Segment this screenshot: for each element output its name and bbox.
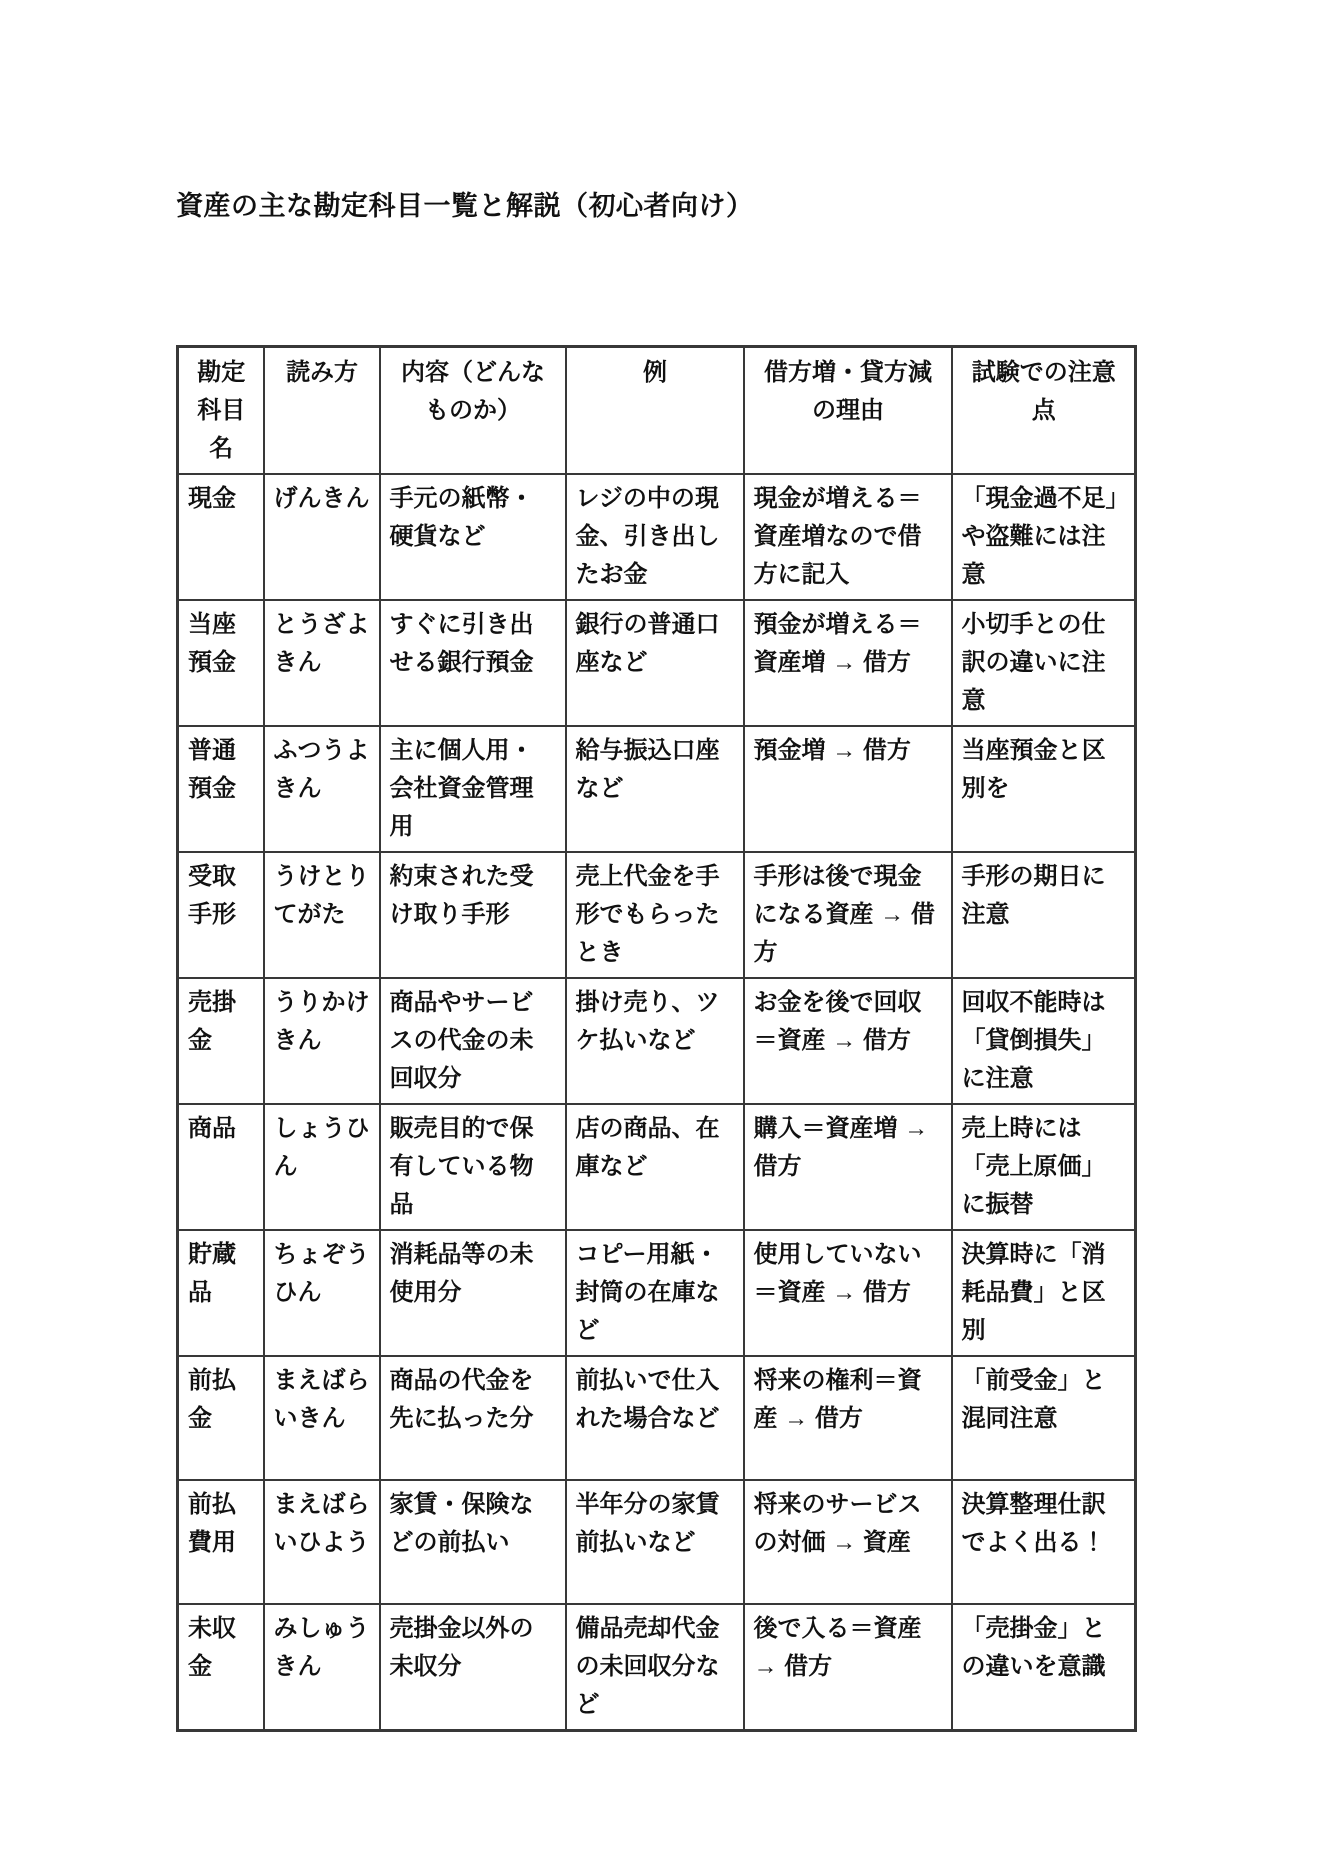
cell-example: 売上代金を手形でもらったとき	[566, 852, 744, 978]
cell-reason: 使用していない＝資産 → 借方	[744, 1230, 952, 1356]
header-exam-note: 試験での注意点	[952, 347, 1136, 475]
cell-reading: みしゅうきん	[264, 1604, 380, 1731]
table-row: 前払費用 まえばらいひよう 家賃・保険などの前払い 半年分の家賃前払いなど 将来…	[178, 1480, 1136, 1604]
cell-exam-note: 決算時に「消耗品費」と区別	[952, 1230, 1136, 1356]
cell-content: 約束された受け取り手形	[380, 852, 566, 978]
cell-account-name: 貯蔵品	[178, 1230, 264, 1356]
cell-reading: まえばらいきん	[264, 1356, 380, 1480]
cell-reason: 手形は後で現金になる資産 → 借方	[744, 852, 952, 978]
table-row: 貯蔵品 ちょぞうひん 消耗品等の未使用分 コピー用紙・封筒の在庫など 使用してい…	[178, 1230, 1136, 1356]
account-table: 勘定科目名 読み方 内容（どんなものか） 例 借方増・貸方減の理由 試験での注意…	[176, 345, 1137, 1732]
cell-account-name: 商品	[178, 1104, 264, 1230]
cell-exam-note: 決算整理仕訳でよく出る！	[952, 1480, 1136, 1604]
cell-example: レジの中の現金、引き出したお金	[566, 474, 744, 600]
cell-reason: 現金が増える＝資産増なので借方に記入	[744, 474, 952, 600]
table-row: 売掛金 うりかけきん 商品やサービスの代金の未回収分 掛け売り、ツケ払いなど お…	[178, 978, 1136, 1104]
cell-content: 家賃・保険などの前払い	[380, 1480, 566, 1604]
table-row: 商品 しょうひん 販売目的で保有している物品 店の商品、在庫など 購入＝資産増 …	[178, 1104, 1136, 1230]
page-title: 資産の主な勘定科目一覧と解説（初心者向け）	[176, 184, 754, 223]
cell-exam-note: 回収不能時は「貸倒損失」に注意	[952, 978, 1136, 1104]
cell-content: 商品の代金を先に払った分	[380, 1356, 566, 1480]
cell-reading: ちょぞうひん	[264, 1230, 380, 1356]
cell-exam-note: 「現金過不足」や盗難には注意	[952, 474, 1136, 600]
cell-reading: とうざよきん	[264, 600, 380, 726]
cell-example: 給与振込口座など	[566, 726, 744, 852]
cell-content: 主に個人用・会社資金管理用	[380, 726, 566, 852]
header-reading: 読み方	[264, 347, 380, 475]
cell-exam-note: 手形の期日に注意	[952, 852, 1136, 978]
cell-account-name: 前払費用	[178, 1480, 264, 1604]
table-row: 未収金 みしゅうきん 売掛金以外の未収分 備品売却代金の未回収分など 後で入る＝…	[178, 1604, 1136, 1731]
cell-account-name: 売掛金	[178, 978, 264, 1104]
document-page: 資産の主な勘定科目一覧と解説（初心者向け） 勘定科目名 読み方 内容（どんなもの…	[0, 0, 1320, 1867]
table-row: 普通預金 ふつうよきん 主に個人用・会社資金管理用 給与振込口座など 預金増 →…	[178, 726, 1136, 852]
table-row: 現金 げんきん 手元の紙幣・硬貨など レジの中の現金、引き出したお金 現金が増え…	[178, 474, 1136, 600]
cell-reason: お金を後で回収＝資産 → 借方	[744, 978, 952, 1104]
table-row: 前払金 まえばらいきん 商品の代金を先に払った分 前払いで仕入れた場合など 将来…	[178, 1356, 1136, 1480]
table-row: 当座預金 とうざよきん すぐに引き出せる銀行預金 銀行の普通口座など 預金が増え…	[178, 600, 1136, 726]
cell-content: 販売目的で保有している物品	[380, 1104, 566, 1230]
cell-account-name: 現金	[178, 474, 264, 600]
cell-reading: うりかけきん	[264, 978, 380, 1104]
cell-example: 備品売却代金の未回収分など	[566, 1604, 744, 1731]
cell-example: 前払いで仕入れた場合など	[566, 1356, 744, 1480]
cell-content: 手元の紙幣・硬貨など	[380, 474, 566, 600]
cell-exam-note: 売上時には「売上原価」に振替	[952, 1104, 1136, 1230]
cell-content: すぐに引き出せる銀行預金	[380, 600, 566, 726]
cell-reason: 将来の権利＝資産 → 借方	[744, 1356, 952, 1480]
cell-exam-note: 「前受金」と混同注意	[952, 1356, 1136, 1480]
table-row: 受取手形 うけとりてがた 約束された受け取り手形 売上代金を手形でもらったとき …	[178, 852, 1136, 978]
cell-reason: 預金が増える＝資産増 → 借方	[744, 600, 952, 726]
cell-account-name: 普通預金	[178, 726, 264, 852]
cell-reading: しょうひん	[264, 1104, 380, 1230]
cell-example: コピー用紙・封筒の在庫など	[566, 1230, 744, 1356]
header-reason: 借方増・貸方減の理由	[744, 347, 952, 475]
cell-reading: まえばらいひよう	[264, 1480, 380, 1604]
cell-reading: ふつうよきん	[264, 726, 380, 852]
cell-reason: 預金増 → 借方	[744, 726, 952, 852]
cell-account-name: 当座預金	[178, 600, 264, 726]
cell-content: 商品やサービスの代金の未回収分	[380, 978, 566, 1104]
cell-reading: うけとりてがた	[264, 852, 380, 978]
cell-example: 掛け売り、ツケ払いなど	[566, 978, 744, 1104]
cell-reason: 後で入る＝資産 → 借方	[744, 1604, 952, 1731]
cell-content: 売掛金以外の未収分	[380, 1604, 566, 1731]
cell-content: 消耗品等の未使用分	[380, 1230, 566, 1356]
cell-account-name: 未収金	[178, 1604, 264, 1731]
header-example: 例	[566, 347, 744, 475]
header-content: 内容（どんなものか）	[380, 347, 566, 475]
cell-exam-note: 「売掛金」との違いを意識	[952, 1604, 1136, 1731]
cell-account-name: 受取手形	[178, 852, 264, 978]
cell-reason: 将来のサービスの対価 → 資産	[744, 1480, 952, 1604]
table-header-row: 勘定科目名 読み方 内容（どんなものか） 例 借方増・貸方減の理由 試験での注意…	[178, 347, 1136, 475]
cell-exam-note: 小切手との仕訳の違いに注意	[952, 600, 1136, 726]
cell-example: 銀行の普通口座など	[566, 600, 744, 726]
cell-exam-note: 当座預金と区別を	[952, 726, 1136, 852]
cell-account-name: 前払金	[178, 1356, 264, 1480]
cell-reason: 購入＝資産増 → 借方	[744, 1104, 952, 1230]
cell-example: 半年分の家賃前払いなど	[566, 1480, 744, 1604]
cell-example: 店の商品、在庫など	[566, 1104, 744, 1230]
cell-reading: げんきん	[264, 474, 380, 600]
header-account-name: 勘定科目名	[178, 347, 264, 475]
